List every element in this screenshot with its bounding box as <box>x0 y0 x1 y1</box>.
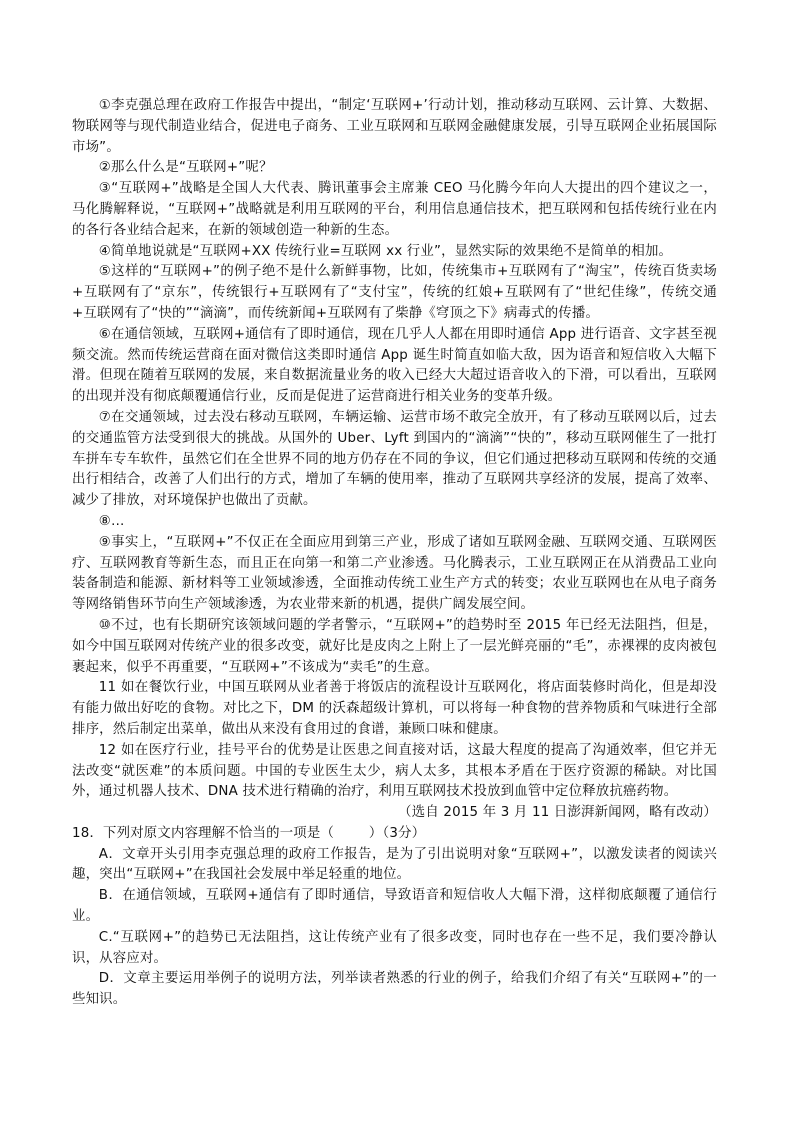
article-source: （选自 2015 年 3 月 11 日澎湃新闻网，略有改动） <box>72 803 717 824</box>
paragraph-1: ①李克强总理在政府工作报告中提出，“制定‘互联网+’行动计划，推动移动互联网、云… <box>72 96 717 158</box>
paragraph-4: ④简单地说就是“互联网+XX 传统行业=互联网 xx 行业”，显然实际的效果绝不… <box>72 242 717 263</box>
paragraph-6: ⑥在通信领域，互联网+通信有了即时通信，现在几乎人人都在用即时通信 App 进行… <box>72 325 717 408</box>
paragraph-3: ③“互联网+”战略是全国人大代表、腾讯董事会主席兼 CEO 马化腾今年向人大提出… <box>72 179 717 241</box>
option-a: A．文章开头引用李克强总理的政府工作报告，是为了引出说明对象“互联网+”，以激发… <box>72 845 717 887</box>
question-18: 18．下列对原文内容理解不恰当的一项是（）（3分） A．文章开头引用李克强总理的… <box>72 824 717 1011</box>
question-stem: 18．下列对原文内容理解不恰当的一项是（）（3分） <box>72 824 717 845</box>
paragraph-8: ⑧… <box>72 512 717 533</box>
paragraph-9: ⑨事实上，“互联网+”不仅正在全面应用到第三产业，形成了诸如互联网金融、互联网交… <box>72 533 717 616</box>
option-b: B．在通信领域，互联网+通信有了即时通信，导致语音和短信收人大幅下滑，这样彻底颠… <box>72 886 717 928</box>
paragraph-12: 12 如在医疗行业，挂号平台的优势是让医患之间直接对话，这最大程度的提高了沟通效… <box>72 741 717 803</box>
paragraph-10: ⑩不过，也有长期研究该领域问题的学者警示，“互联网+”的趋势时至 2015 年已… <box>72 616 717 678</box>
paragraph-2: ②那么什么是“互联网+”呢？ <box>72 158 717 179</box>
paragraph-11: 11 如在餐饮行业，中国互联网从业者善于将饭店的流程设计互联网化，将店面装修时尚… <box>72 678 717 740</box>
option-c: C.“互联网+”的趋势已无法阻挡，这让传统产业有了很多改变，同时也存在一些不足，… <box>72 928 717 970</box>
article: ①李克强总理在政府工作报告中提出，“制定‘互联网+’行动计划，推动移动互联网、云… <box>72 96 717 824</box>
paragraph-7: ⑦在交通领域，过去没右移动互联网，车辆运输、运营市场不敢完全放开，有了移动互联网… <box>72 408 717 512</box>
paragraph-5: ⑤这样的“互联网+”的例子绝不是什么新鲜事物，比如，传统集市+互联网有了“淘宝”… <box>72 262 717 324</box>
question-stem-prefix: 18．下列对原文内容理解不恰当的一项是（ <box>72 826 334 841</box>
document-page: ①李克强总理在政府工作报告中提出，“制定‘互联网+’行动计划，推动移动互联网、云… <box>72 96 717 1011</box>
option-d: D．文章主要运用举例子的说明方法，列举读者熟悉的行业的例子，给我们介绍了有关“互… <box>72 969 717 1011</box>
question-stem-suffix: ）（3分） <box>369 826 425 841</box>
